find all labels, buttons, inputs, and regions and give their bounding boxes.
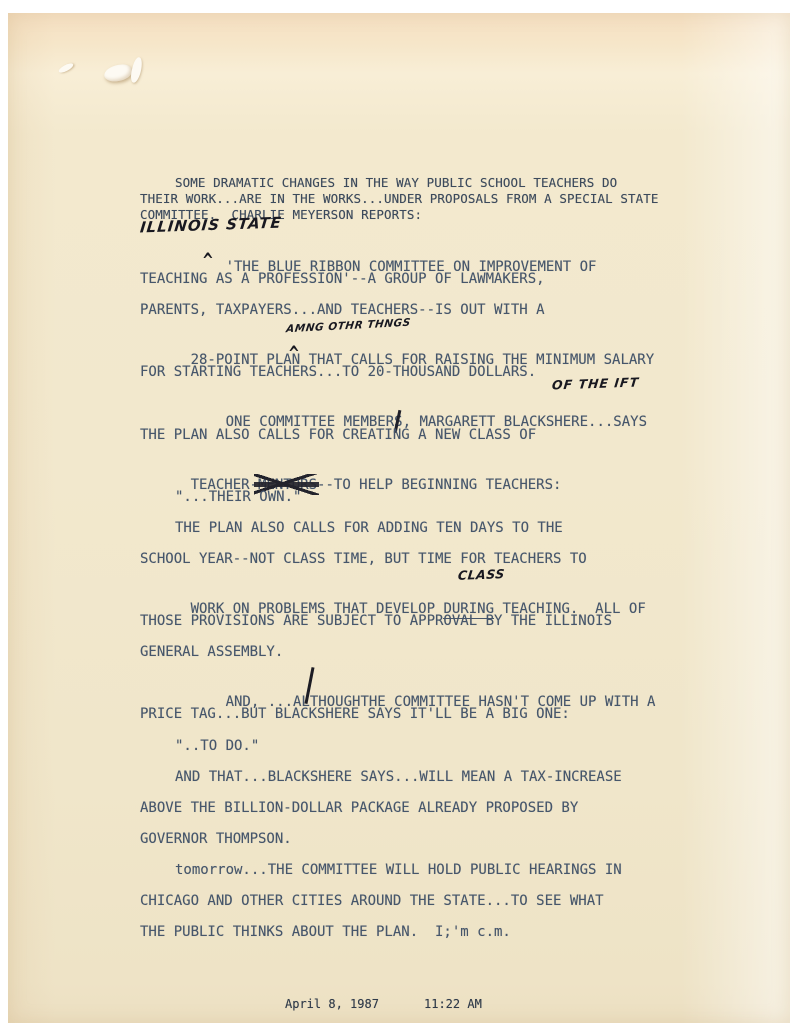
handwritten-insertion-of-the-ift: OF THE IFT	[551, 373, 640, 395]
typed-line: TEACHER-MENTORS--TO HELP BEGINNING TEACH…	[140, 457, 700, 488]
typed-line: ABOVE THE BILLION-DOLLAR PACKAGE ALREADY…	[140, 799, 700, 830]
handwritten-insertion-class: CLASS	[457, 564, 506, 585]
typed-line: AND THAT...BLACKSHERE SAYS...WILL MEAN A…	[140, 768, 700, 799]
typed-line: 'THE BLUE RIBBON COMMITTEE ON IMPROVEMEN…	[140, 239, 700, 270]
typed-line: WORK ON PROBLEMS THAT DEVELOP DURING TEA…	[140, 581, 700, 612]
typed-line: AND, ...ALTHOUGHTHE COMMITTEE HASN'T COM…	[140, 674, 700, 705]
typed-line: THE PUBLIC THINKS ABOUT THE PLAN. I;'m c…	[140, 923, 700, 954]
paper-damage-mark	[103, 63, 133, 83]
paper-damage-mark	[129, 56, 144, 83]
typed-line: SCHOOL YEAR--NOT CLASS TIME, BUT TIME FO…	[140, 550, 700, 581]
typed-line-quote: "...THEIR OWN."	[140, 488, 700, 519]
typed-line: 28-POINT PLAN THAT CALLS FOR RAISING THE…	[140, 332, 700, 363]
typed-line-quote: "..TO DO."	[140, 737, 700, 768]
typed-line: CHICAGO AND OTHER CITIES AROUND THE STAT…	[140, 892, 700, 923]
typed-line: ONE COMMITTEE MEMBERS, MARGARETT BLACKSH…	[140, 394, 700, 425]
paper-damage-mark	[58, 62, 75, 75]
typed-line: THE PLAN ALSO CALLS FOR ADDING TEN DAYS …	[140, 519, 700, 550]
script-body: 'THE BLUE RIBBON COMMITTEE ON IMPROVEMEN…	[140, 239, 700, 954]
intro-line: THEIR WORK...ARE IN THE WORKS...UNDER PR…	[140, 191, 659, 207]
typed-line: THE PLAN ALSO CALLS FOR CREATING A NEW C…	[140, 426, 700, 457]
typed-line: GENERAL ASSEMBLY.	[140, 643, 700, 674]
footer-date: April 8, 1987	[285, 997, 379, 1011]
typed-line: THOSE PROVISIONS ARE SUBJECT TO APPROVAL…	[140, 612, 700, 643]
typed-line: GOVERNOR THOMPSON.	[140, 830, 700, 861]
typed-line: TEACHING AS A PROFESSION'--A GROUP OF LA…	[140, 270, 700, 301]
typed-line: PRICE TAG...BUT BLACKSHERE SAYS IT'LL BE…	[140, 705, 700, 736]
typed-line: tomorrow...THE COMMITTEE WILL HOLD PUBLI…	[140, 861, 700, 892]
footer-time: 11:22 AM	[424, 997, 482, 1011]
intro-line: SOME DRAMATIC CHANGES IN THE WAY PUBLIC …	[140, 175, 659, 191]
typed-line: PARENTS, TAXPAYERS...AND TEACHERS--IS OU…	[140, 301, 700, 332]
scanned-news-script-page: SOME DRAMATIC CHANGES IN THE WAY PUBLIC …	[0, 0, 800, 1035]
